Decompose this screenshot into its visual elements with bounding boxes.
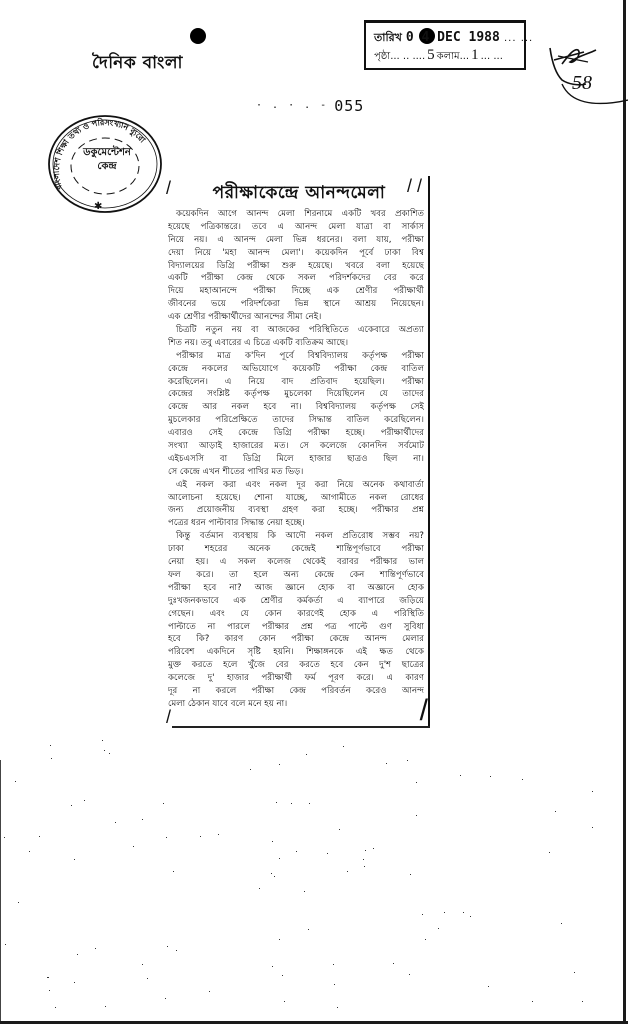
serial-value: 055 bbox=[334, 97, 364, 115]
article-line: পত্রের ধরন পাল্টাবার সিদ্ধান্ত নেয়া হচ্… bbox=[168, 517, 424, 530]
page-label: পৃষ্ঠা bbox=[374, 49, 390, 66]
article-line: ফল করে। তা হলে অন্য কেন্দ্রে কেন শান্তিপ… bbox=[168, 569, 424, 582]
article-line: কিন্তু বর্তমান ব্যবস্থায় কি আদৌ নকল প্র… bbox=[168, 530, 424, 543]
article-line: এইচএসসি বা ডিগ্রি মিলে হাজার ছাত্রও ছিল … bbox=[168, 453, 424, 466]
date-row: তারিখ 0 4 DEC 1988 ... ... bbox=[374, 29, 518, 47]
newspaper-name: দৈনিক বাংলা bbox=[92, 50, 183, 78]
article-line: জন্য প্রয়োজনীয় ব্যবস্থা গ্রহণ করা হচ্ছ… bbox=[168, 504, 424, 517]
article-line: জীবনের ভয়ে পরিদর্শকেরা ভিন্ন স্থানে আশ্… bbox=[168, 298, 424, 311]
article-line: ঢাকা শহরের অনেক কেন্দ্রেই শান্তিপূর্ণভাব… bbox=[168, 543, 424, 556]
article-line: হবে কি? কারণ কোন পরীক্ষা কেন্দ্রে আনন্দ … bbox=[168, 633, 424, 646]
article-line: দেয়া নিয়ে 'মহা আনন্দ মেলা'। কয়েকদিন প… bbox=[168, 247, 424, 260]
article-line: নেয়া হয়। এ সকল কলেজ থেকেই বরাবর পরীক্ষ… bbox=[168, 556, 424, 569]
newspaper-clipping: / / / / / পরীক্ষাকেন্দ্রে আনন্দমেলা কয়ে… bbox=[164, 176, 430, 728]
article-line: কয়েকদিন আগে আনন্দ মেলা শিরনামে একটি খবর… bbox=[168, 208, 424, 221]
cut-mark: / bbox=[166, 178, 171, 199]
page-value: 5 bbox=[427, 47, 435, 64]
article-line: কেন্দ্রের সংশ্লিষ্ট কর্তৃপক্ষ মুচলেকা দি… bbox=[168, 388, 424, 401]
serial-number: · . · . -055 bbox=[256, 97, 364, 115]
scanned-document-page: দৈনিক বাংলা · . · . -055 তারিখ 0 4 DEC 1… bbox=[0, 0, 628, 1024]
article-line: শিত নয়। তবু এবারের এ চিত্রে একটি ব্যতিক… bbox=[168, 337, 424, 350]
column-dots: ... bbox=[460, 51, 470, 62]
article-line: করেছিলেন। এ নিয়ে বাদ প্রতিবাদ হয়েছিল। … bbox=[168, 376, 424, 389]
scan-edge-left bbox=[0, 760, 1, 1024]
column-label: কলাম bbox=[437, 49, 460, 66]
article-line: দিয়ে মহাআনন্দে পরীক্ষা দিচ্ছে এক শ্রেণী… bbox=[168, 285, 424, 298]
page-column-row: পৃষ্ঠা ... .. .... 5 কলাম ... 1 ... ... bbox=[374, 47, 518, 65]
article-line: মুক্ত করতে হলে খুঁজে বের করতে হবে কেন দু… bbox=[168, 659, 424, 672]
clipping-edge-right bbox=[428, 176, 430, 728]
article-line: এবারও সেই কেন্দ্রে ডিগ্রি পরীক্ষা হচ্ছে।… bbox=[168, 427, 424, 440]
article-line: হয়েছে পত্রিকান্তরে। তবে এ আনন্দ মেলা যা… bbox=[168, 221, 424, 234]
article-line: নিয়ে নয়। এ আনন্দ মেলা ভিন্ন ধরনের। বলা… bbox=[168, 234, 424, 247]
date-label: তারিখ bbox=[374, 29, 402, 48]
stamp-center-text: ডকুমেন্টেশন কেন্দ্র bbox=[72, 146, 142, 174]
article-line: আলোচনা হয়েছে। শোনা যাচ্ছে, আগামীতে নকল … bbox=[168, 492, 424, 505]
stamp-line-1: ডকুমেন্টেশন bbox=[72, 146, 142, 160]
article-line: চিত্রটি নতুন নয় বা আজকের পরিস্থিতিতে এক… bbox=[168, 324, 424, 337]
date-dots: ... ... bbox=[500, 33, 533, 44]
article-line: কলেজে দু' হাজার পরীক্ষার্থী ফর্ম পূরণ কর… bbox=[168, 672, 424, 685]
article-line: দুঃখজনকভাবে এক শ্রেণীর কর্মকর্তা এ ব্যাপ… bbox=[168, 595, 424, 608]
article-line: সংখ্যা আড়াই হাজারের মত। সে কলেজে কোনদিন… bbox=[168, 440, 424, 453]
article-line: একটি পরীক্ষা কেন্দ্র থেকে সকল পরিদর্শকদে… bbox=[168, 272, 424, 285]
article-line: পরিবেশ একদিনে সৃষ্টি হয়নি। শিক্ষাঙ্গনকে… bbox=[168, 646, 424, 659]
article-line: এক শ্রেণীর পরীক্ষার্থীদের আনন্দের সীমা ন… bbox=[168, 311, 424, 324]
article-line: মেলা ঠেকান যাবে বলে মনে হয় না। bbox=[168, 698, 424, 711]
handwritten-number: 58 bbox=[572, 72, 592, 95]
article-line: কেন্দ্রে নকলের অভিযোগে কয়েকটি পরীক্ষা ক… bbox=[168, 363, 424, 376]
clipping-edge-bottom bbox=[172, 726, 430, 728]
date-stamp-box: তারিখ 0 4 DEC 1988 ... ... পৃষ্ঠা ... ..… bbox=[364, 20, 526, 70]
page-dots: ... .. .... bbox=[390, 51, 425, 62]
article-line: কেন্দ্রে আর নকল হবে না। বিশ্ববিদ্যালয় ক… bbox=[168, 401, 424, 414]
article-line: পরীক্ষা হবে না? আজ জ্ঞানে হোক বা অজ্ঞানে… bbox=[168, 582, 424, 595]
column-trailing-dots: ... ... bbox=[481, 51, 503, 62]
date-value: 0 4 DEC 1988 bbox=[406, 30, 500, 45]
svg-text:✱: ✱ bbox=[94, 201, 102, 212]
scan-edge-right bbox=[623, 0, 626, 1024]
stamp-line-2: কেন্দ্র bbox=[72, 160, 142, 174]
article-line: বিদ্যালয়ের ডিগ্রি পরীক্ষা শুরু হয়েছে। … bbox=[168, 260, 424, 273]
article-line: পাল্টাতে না পারলে পরীক্ষার প্রশ্ন পত্র প… bbox=[168, 621, 424, 634]
article-line: গেছেন। এবং যে কোন কারণেই হোক এ পরিস্থিতি bbox=[168, 608, 424, 621]
article-headline: পরীক্ষাকেন্দ্রে আনন্দমেলা bbox=[174, 180, 424, 208]
article-body: কয়েকদিন আগে আনন্দ মেলা শিরনামে একটি খবর… bbox=[168, 208, 424, 711]
article-line: সে কেন্দ্রে এখন শীতের পাখির মত ভিড়। bbox=[168, 466, 424, 479]
punch-hole bbox=[190, 28, 206, 44]
article-line: এই নকল করা এবং নকল দূর করা নিয়ে অনেক কথ… bbox=[168, 479, 424, 492]
article-line: দূর না করলে পরীক্ষা কেন্দ্র পরিবর্তন করে… bbox=[168, 685, 424, 698]
serial-dots: · . · . - bbox=[256, 100, 328, 111]
article-line: মুচলেকার পরিপ্রেক্ষিতে তাদের সিদ্ধান্ত ব… bbox=[168, 414, 424, 427]
column-value: 1 bbox=[471, 47, 479, 64]
article-line: পরীক্ষার মাত্র ক'দিন পূর্বে বিশ্ববিদ্যাল… bbox=[168, 350, 424, 363]
